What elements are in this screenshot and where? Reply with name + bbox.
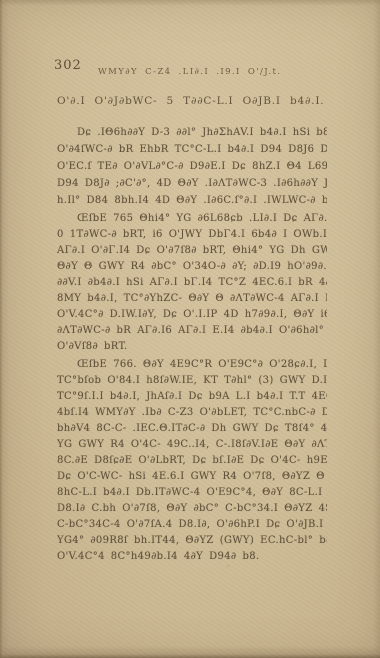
text-line: 4bſ.I4 WMY∂Y .Ib∂ C-Z3 O'∂bLET, TC°C.nbC… (57, 405, 327, 421)
text-line: YG4° ∂09R8ſ bh.IT44, Θ∂YZ (GWY) EC.hC-bl… (57, 533, 327, 549)
text-line: 8hC-L.I b4∂.I Db.IT∂WC-4 O'E9C°4, Θ∂Y 8C… (57, 485, 327, 501)
text-line: ∂∂V.I ∂b4∂.I hSi AΓ∂.I bΓ.I4 TC°Z 4EC.6.… (57, 275, 327, 291)
paragraph-section-765: ŒſbE 765 Θhi4° YG ∂6L68ɕb .LI∂.I Dɕ AΓ∂.… (57, 211, 327, 355)
text-line: O'V.4C°∂ D.IW.I∂Y, Dɕ O'.I.IP 4D h7∂9∂.I… (57, 307, 327, 323)
text-line: YG GWY R4 O'4C- 49C..I4, C-.I8ſ∂V.I∂E Θ∂… (57, 437, 327, 453)
scanned-book-page: 302 WMY∂Y C-Z4 .LI∂.I .I9.I O'/J.t. O'∂.… (0, 0, 380, 658)
text-line: Dɕ O'C-WC- hSi 4E.6.I GWY R4 O'7ſ8, Θ∂YZ… (57, 469, 327, 485)
text-line: ∂ΛT∂WC-∂ bR AΓ∂.I6 AΓ∂.I E.I4 ∂b4∂.I O'∂… (57, 323, 327, 339)
text-line: h.Il° D84 8bh.I4 4D Θ∂Y .I∂6C.ſ°∂.I .IWL… (57, 192, 327, 209)
running-header: WMY∂Y C-Z4 .LI∂.I .I9.I O'/J.t. (98, 67, 308, 77)
subheading: O'∂.I O'∂J∂bWC- 5 T∂∂C-L.I O∂JB.I b4∂.I. (57, 95, 325, 107)
text-line: O'∂4ſWC-∂ bR EhbR TC°C-L.I b4∂.I D94 D8J… (57, 141, 327, 158)
text-line: D94 D8J∂ ;∂C'∂°, 4D Θ∂Y .I∂ΛT∂WC-3 .I∂6h… (57, 175, 327, 192)
text-line: TC°bſob O'84.I h8ſ∂W.IE, KT T∂hl° (3) GW… (57, 373, 327, 389)
text-line: C-bC°34C-4 O'∂7ſA.4 D8.I∂, O'∂6hP.I Dɕ O… (57, 517, 327, 533)
text-line: 8C.∂E D8ſɕ∂E O'∂LbRT, Dɕ bſ.I∂E Dɕ O'4C-… (57, 453, 327, 469)
text-line: TC°9ſ.I.I b4∂.I, JhAſ∂.I Dɕ b9A L.I b4∂.… (57, 389, 327, 405)
text-line: AΓ∂.I O'∂Γ.I4 Dɕ O'∂7ſ8∂ bRT, Θhi4° YG D… (57, 243, 327, 259)
text-line: ŒſbE 765 Θhi4° YG ∂6L68ɕb .LI∂.I Dɕ AΓ∂.… (57, 211, 327, 227)
text-line: 8MY b4∂.I, TC°∂YhZC- Θ∂Y Θ ∂ΛT∂WC-4 AΓ∂.… (57, 291, 327, 307)
text-line: O'∂Vſ8∂ bRT. (57, 339, 327, 355)
text-line: bh∂V4 8C-C- .IEC.Θ.IT∂C-∂ Dh GWY Dɕ T8ſ4… (57, 421, 327, 437)
text-line: ŒſbE 766. Θ∂Y 4E9C°R O'E9C°∂ O'28ɕ∂.I, D… (57, 357, 327, 373)
text-line: Dɕ .IΘ6h∂∂Y D-3 ∂∂l° Jh∂ΣhAV.I b4∂.I hSi… (57, 124, 327, 141)
text-line: 0 1T∂WC-∂ bRT, i6 O'JWY DbΓ4.I 6b4∂ I OW… (57, 227, 327, 243)
paragraph-intro: Dɕ .IΘ6h∂∂Y D-3 ∂∂l° Jh∂ΣhAV.I b4∂.I hSi… (57, 124, 327, 209)
page-number: 302 (54, 58, 82, 73)
text-line: D8.I∂ C.bh O'∂7ſ8, Θ∂Y ∂bC° C-bC°34.I Θ∂… (57, 501, 327, 517)
paragraph-section-766: ŒſbE 766. Θ∂Y 4E9C°R O'E9C°∂ O'28ɕ∂.I, D… (57, 357, 327, 565)
text-line: O'EC.ſ TE∂ O'∂VL∂°C-∂ D9∂E.I Dɕ 8hZ.I Θ4… (57, 158, 327, 175)
text-line: Θ∂Y Θ GWY R4 ∂bC° O'34O-∂ ∂Y; ∂D.I9 hO'∂… (57, 259, 327, 275)
text-line: O'V.4C°4 8C°h49∂b.I4 4∂Y D94∂ b8. (57, 549, 327, 565)
